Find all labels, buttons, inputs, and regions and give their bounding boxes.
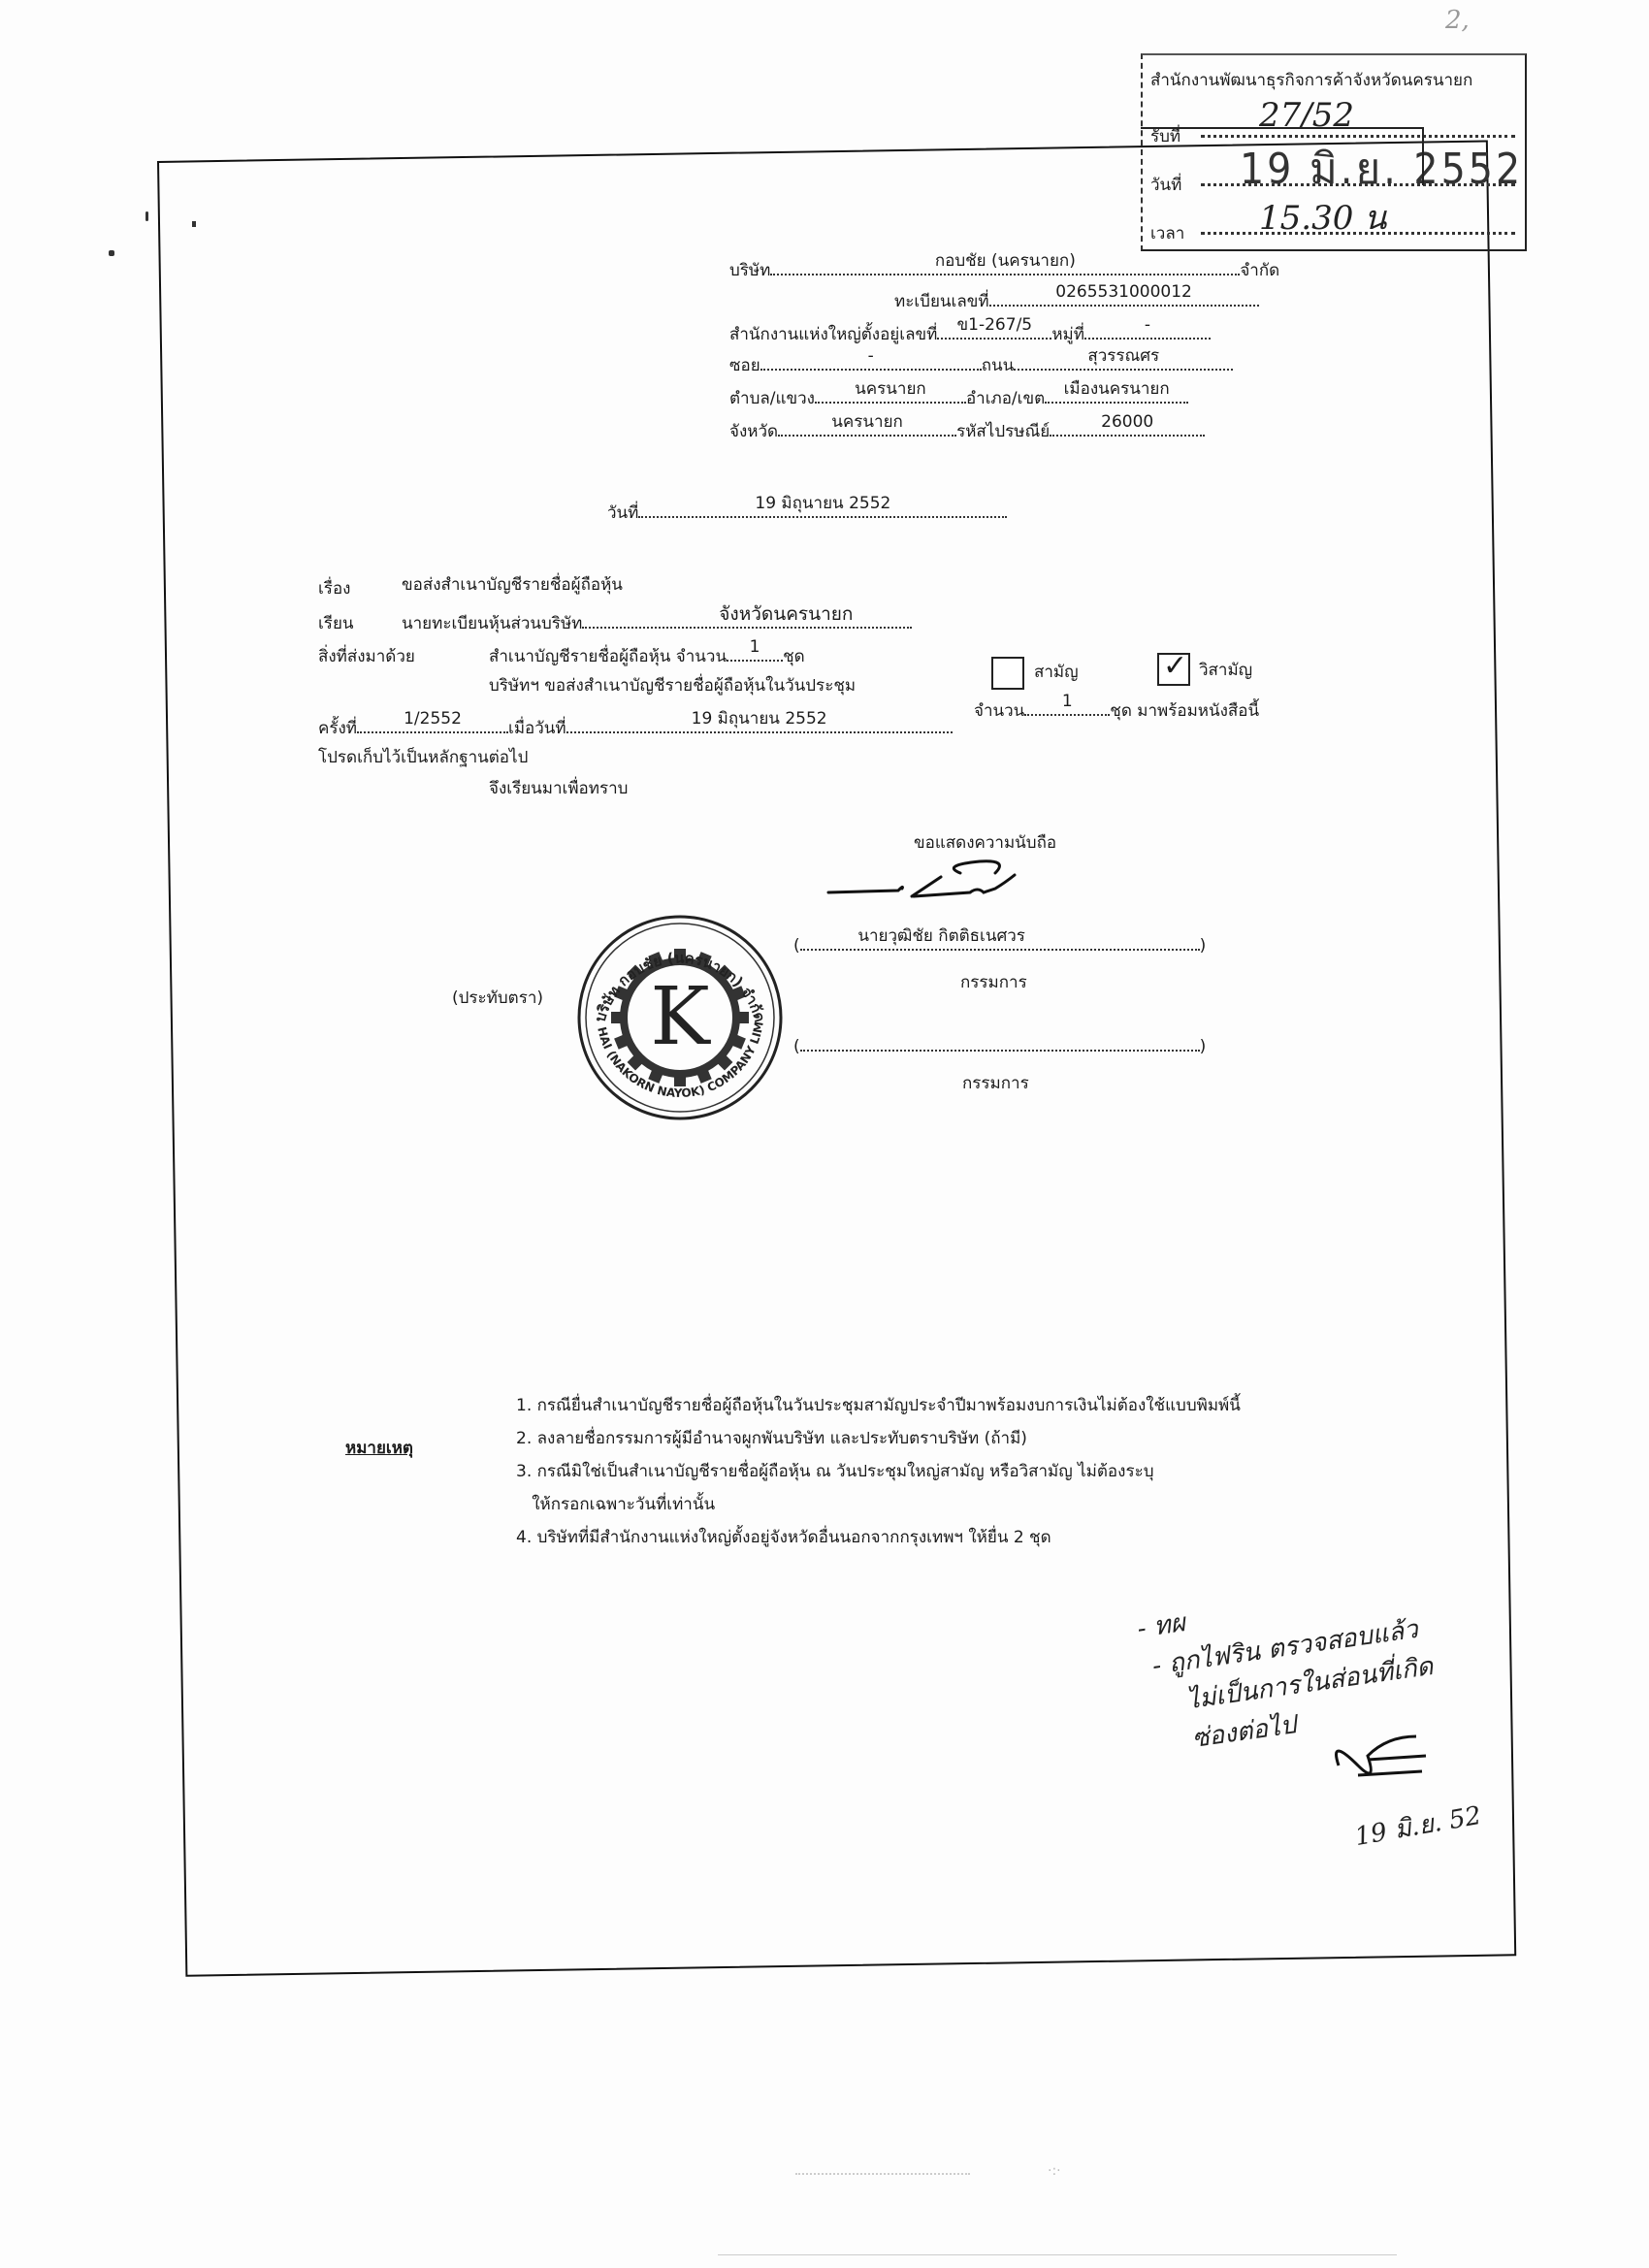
body-line1: บริษัทฯ ขอส่งสำเนาบัญชีรายชื่อผู้ถือหุ้น… <box>489 675 856 697</box>
handwritten-initials <box>1329 1727 1436 1795</box>
company-label: บริษัท <box>729 261 770 280</box>
subject-label: เรื่อง <box>318 578 350 599</box>
ordinary-label: สามัญ <box>1034 662 1079 683</box>
district-value: เมืองนครนายก <box>1045 378 1188 400</box>
note-item: 1. กรณียื่นสำเนาบัญชีรายชื่อผู้ถือหุ้นใน… <box>516 1395 1331 1416</box>
district-label: อำเภอ/เขต <box>966 389 1045 408</box>
enclosure-line: สำเนาบัญชีรายชื่อผู้ถือหุ้น จำนวน1ชุด <box>489 642 805 667</box>
open-paren: ( <box>793 1037 800 1056</box>
to-text: นายทะเบียนหุ้นส่วนบริษัท <box>402 614 582 633</box>
company-line: บริษัทกอบชัย (นครนายก)จำกัด <box>729 256 1279 281</box>
qty-value: 1 <box>1024 691 1110 712</box>
company-name: กอบชัย (นครนายก) <box>770 250 1240 272</box>
seal-letter: K <box>650 971 711 1063</box>
note-item: ให้กรอกเฉพาะวันที่เท่านั้น <box>516 1494 1331 1515</box>
enclosure-qty: 1 <box>727 636 783 658</box>
company-seal: K บริษัท กอบชัย (นครนายก) จำกัด KOBCHAI … <box>574 912 786 1123</box>
close-paren: ) <box>1200 1037 1207 1056</box>
scan-artifact <box>718 2254 1397 2255</box>
scan-speck <box>109 250 114 256</box>
moo-label: หมู่ที่ <box>1051 325 1084 344</box>
time-value: 15.30 น <box>1259 191 1386 243</box>
scan-artifact: ·:· <box>1048 2163 1061 2179</box>
signer1-role: กรรมการ <box>960 972 1027 993</box>
road-label: ถนน <box>982 356 1015 375</box>
date-stamp-frame <box>1141 127 1424 185</box>
closing-text: จึงเรียนมาเพื่อทราบ <box>489 778 628 799</box>
hq-line: สำนักงานแห่งใหญ่ตั้งอยู่เลขที่ข1-267/5หม… <box>729 320 1211 345</box>
meeting-date: 19 มิถุนายน 2552 <box>566 708 953 729</box>
handwritten-signature <box>824 854 1057 912</box>
subdistrict-label: ตำบล/แขวง <box>729 389 815 408</box>
to-label: เรียน <box>318 613 354 634</box>
hq-label: สำนักงานแห่งใหญ่ตั้งอยู่เลขที่ <box>729 325 937 344</box>
meeting-date-label: เมื่อวันที่ <box>508 719 566 738</box>
letter-date-value: 19 มิถุนายน 2552 <box>638 493 1007 514</box>
qty-suffix: ชุด มาพร้อมหนังสือนี้ <box>1110 701 1259 721</box>
letter-date-label: วันที่ <box>607 503 638 523</box>
qty-line: จำนวน1ชุด มาพร้อมหนังสือนี้ <box>974 697 1259 722</box>
soi-road-line: ซอย-ถนนสุวรรณศร <box>729 351 1233 376</box>
moo-value: - <box>1084 314 1211 336</box>
signer2-line: () <box>793 1032 1206 1057</box>
letter-date-line: วันที่19 มิถุนายน 2552 <box>607 499 1007 524</box>
scan-speck <box>145 211 148 221</box>
extraordinary-label: วิสามัญ <box>1199 660 1252 681</box>
ordinary-checkbox[interactable] <box>991 657 1024 690</box>
note-item: 2. ลงลายชื่อกรรมการผู้มีอำนาจผูกพันบริษั… <box>516 1428 1331 1449</box>
registration-no: 0265531000012 <box>989 281 1259 303</box>
registration-line: ทะเบียนเลขที่0265531000012 <box>894 287 1259 312</box>
enclosure-unit: ชุด <box>783 647 805 666</box>
meeting-no-label: ครั้งที่ <box>318 719 357 738</box>
postcode-value: 26000 <box>1050 411 1205 433</box>
meeting-no: 1/2552 <box>357 708 508 729</box>
subject-text: ขอส่งสำเนาบัญชีรายชื่อผู้ถือหุ้น <box>402 574 623 596</box>
signer1-name: นายวุฒิชัย กิตติธเนศวร <box>742 925 1142 947</box>
notes-list: 1. กรณียื่นสำเนาบัญชีรายชื่อผู้ถือหุ้นใน… <box>516 1395 1331 1560</box>
scan-speck <box>192 221 196 227</box>
time-label: เวลา <box>1150 220 1184 246</box>
pencil-mark: 2, <box>1445 6 1470 35</box>
hq-no: ข1-267/5 <box>937 314 1051 336</box>
check-icon: ✓ <box>1163 649 1187 684</box>
regards-text: ขอแสดงความนับถือ <box>914 832 1056 854</box>
enclosure-text: สำเนาบัญชีรายชื่อผู้ถือหุ้น จำนวน <box>489 647 727 666</box>
signer2-role: กรรมการ <box>962 1073 1029 1094</box>
scan-artifact <box>795 2173 970 2175</box>
keep-text: โปรดเก็บไว้เป็นหลักฐานต่อไป <box>318 747 528 768</box>
province-value: นครนายก <box>778 411 956 433</box>
close-paren: ) <box>1200 936 1207 956</box>
to-line: นายทะเบียนหุ้นส่วนบริษัทจังหวัดนครนายก <box>402 609 912 634</box>
postcode-label: รหัสไปรษณีย์ <box>956 422 1050 441</box>
subdistrict-line: ตำบล/แขวงนครนายกอำเภอ/เขตเมืองนครนายก <box>729 384 1188 409</box>
province-label: จังหวัด <box>729 422 778 441</box>
subdistrict-value: นครนายก <box>815 378 966 400</box>
enclosure-label: สิ่งที่ส่งมาด้วย <box>318 646 415 667</box>
seal-label: (ประทับตรา) <box>452 988 543 1009</box>
company-suffix: จำกัด <box>1240 261 1279 280</box>
to-value: จังหวัดนครนายก <box>660 603 912 625</box>
qty-label: จำนวน <box>974 701 1024 721</box>
road-value: สุวรรณศร <box>1014 345 1233 367</box>
soi-label: ซอย <box>729 356 760 375</box>
stamp-office: สำนักงานพัฒนาธุรกิจการค้าจังหวัดนครนายก <box>1150 67 1472 93</box>
extraordinary-checkbox[interactable]: ✓ <box>1157 653 1190 686</box>
soi-value: - <box>760 345 982 367</box>
notes-heading: หมายเหตุ <box>345 1438 413 1459</box>
registration-label: ทะเบียนเลขที่ <box>894 292 989 311</box>
note-item: 3. กรณีมิใช่เป็นสำเนาบัญชีรายชื่อผู้ถือห… <box>516 1461 1331 1482</box>
signer1-line: (นายวุฒิชัย กิตติธเนศวร) <box>793 931 1206 956</box>
province-line: จังหวัดนครนายกรหัสไปรษณีย์26000 <box>729 417 1205 442</box>
note-item: 4. บริษัทที่มีสำนักงานแห่งใหญ่ตั้งอยู่จั… <box>516 1527 1331 1548</box>
meeting-line: ครั้งที่1/2552เมื่อวันที่19 มิถุนายน 255… <box>318 714 953 739</box>
